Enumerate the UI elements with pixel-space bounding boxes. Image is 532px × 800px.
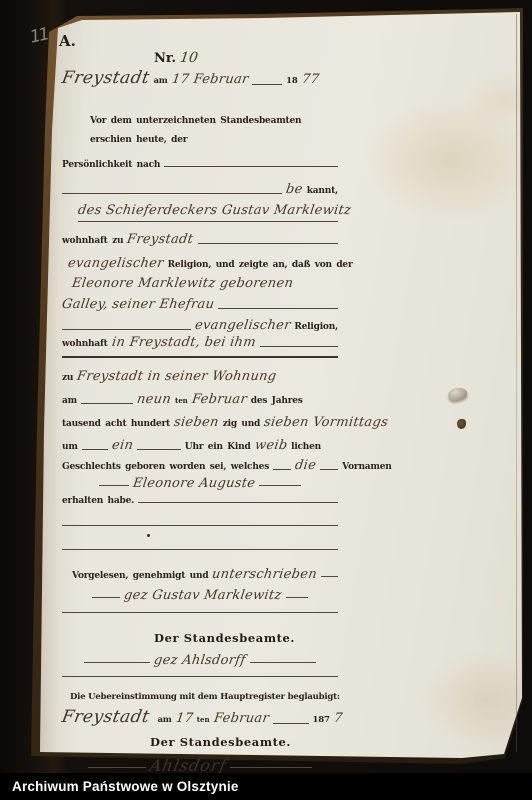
handwritten-text: evangelischer — [67, 256, 165, 271]
photographed-register-page: 11 A. Nr.10Freystadtam17 Februar1877Vor … — [0, 0, 532, 800]
handwritten-text: Galley, seiner Ehefrau — [61, 297, 215, 312]
dash-line — [92, 597, 120, 598]
rule-line — [252, 84, 282, 85]
form-line-0: Nr.10 — [154, 50, 338, 66]
printed-text: zu — [62, 373, 73, 383]
form-line-5: des Schieferdeckers Gustav Marklewitz — [78, 203, 338, 222]
printed-superscript: ten — [175, 396, 188, 405]
handwritten-text: Februar — [212, 711, 269, 726]
printed-text: Geschlechts geboren worden sei, welches — [62, 462, 269, 472]
rule-line — [138, 502, 338, 503]
form-line-15: tausend acht hundertsiebenzig undsieben … — [62, 415, 338, 430]
printed-text: Vor dem unterzeichneten Standesbeamten e… — [90, 116, 301, 145]
pencil-folio-number: 11 — [28, 24, 49, 47]
form-line-20 — [62, 525, 338, 529]
dash-line — [286, 597, 308, 598]
archive-caption: Archiwum Państwowe w Olsztynie — [0, 779, 239, 794]
handwritten-text: 17 — [175, 711, 194, 726]
printed-text: erhalten habe. — [62, 496, 134, 506]
page-fold-line — [516, 14, 517, 752]
rule-line — [62, 356, 338, 358]
form-line-16: umeinUhr ein Kindweiblichen — [62, 438, 338, 453]
form-line-4: bekannt, — [62, 182, 338, 197]
handwritten-text: gez Gustav Marklewitz — [123, 588, 283, 603]
printed-heading: Der Standesbeamte. — [154, 631, 295, 645]
form-line-28: Die Uebereinstimmung mit dem Hauptregist… — [70, 692, 338, 702]
archive-caption-bar: Archiwum Państwowe w Olsztynie — [0, 773, 532, 800]
printed-text: Religion, und zeigte an, daß von der — [168, 260, 353, 270]
handwritten-text: sieben Vormittags — [263, 415, 389, 430]
form-line-11: wohnhaftin Freystadt, bei ihm — [62, 335, 338, 350]
record-number-value: 10 — [179, 50, 199, 66]
handwritten-text: Februar — [191, 392, 248, 407]
printed-heading: Der Standesbeamte. — [150, 735, 291, 749]
handwritten-text: Freystadt — [126, 232, 194, 247]
dash-line — [84, 662, 150, 663]
form-line-9: Galley, seiner Ehefrau — [62, 297, 338, 312]
record-number-label: Nr. — [154, 51, 176, 66]
handwritten-text: Eleonore Marklewitz geborenen — [71, 276, 294, 291]
rule-line — [273, 723, 309, 724]
dash-line — [250, 662, 316, 663]
printed-text-small: 187 — [313, 715, 330, 725]
form-line-10: evangelischerReligion, — [62, 318, 338, 333]
printed-text: wohnhaft zu — [62, 236, 123, 246]
form-line-22: Vorgelesen, genehmigt undunterschrieben — [72, 567, 338, 582]
rule-line — [198, 243, 338, 244]
rule-line — [164, 166, 338, 167]
handwritten-text: 7 — [333, 711, 344, 726]
handwritten-text: be — [285, 182, 304, 197]
handwritten-text: des Schieferdeckers Gustav Marklewitz — [77, 203, 352, 218]
form-line-3: Persönlichkeit nach — [62, 160, 338, 170]
printed-text-small: Die Uebereinstimmung mit dem Hauptregist… — [70, 692, 340, 702]
printed-text: am — [62, 396, 77, 406]
form-line-12 — [62, 356, 338, 361]
handwritten-text: gez Ahlsdorff — [153, 653, 247, 668]
form-line-29: Freystadtam17tenFebruar1877 — [62, 707, 338, 727]
handwritten-place: Freystadt — [60, 68, 151, 88]
birth-record-form: Nr.10Freystadtam17 Februar1877Vor dem un… — [62, 44, 338, 775]
rule-line — [137, 449, 181, 450]
form-line-30: Der Standesbeamte. — [150, 735, 338, 749]
form-line-8: Eleonore Marklewitz geborenen — [72, 276, 338, 291]
printed-text: lichen — [291, 442, 321, 452]
rule-line — [260, 346, 338, 347]
printed-text: tausend acht hundert — [62, 419, 170, 429]
printed-text: Religion, — [294, 322, 338, 332]
handwritten-text: neun — [136, 392, 172, 407]
form-line-14: amneuntenFebruardes Jahres — [62, 392, 338, 407]
printed-text-small: 18 — [286, 76, 297, 86]
printed-text-small: am — [154, 76, 168, 86]
form-line-2: Vor dem unterzeichneten Standesbeamten e… — [90, 108, 338, 146]
form-line-18: Eleonore Auguste — [62, 476, 338, 491]
rule-line — [82, 449, 108, 450]
dash-line — [88, 767, 146, 768]
dash-line — [321, 576, 338, 577]
rule-line — [81, 403, 133, 404]
form-line-26: gez Ahlsdorff — [62, 653, 338, 668]
handwritten-text: ein — [111, 438, 134, 453]
handwritten-text: in Freystadt, bei ihm — [111, 335, 257, 350]
rule-line — [62, 329, 191, 330]
printed-text: Vornamen — [342, 462, 391, 472]
rule-line — [273, 469, 291, 470]
dash-line — [99, 485, 129, 486]
printed-text-small: am — [158, 715, 172, 725]
printed-text: um — [62, 442, 78, 452]
handwritten-text: 77 — [301, 72, 320, 87]
rule-line — [320, 469, 338, 470]
rule-line — [62, 549, 338, 550]
handwritten-text: Eleonore Auguste — [132, 476, 256, 491]
rule-line — [62, 612, 338, 613]
form-line-17: Geschlechts geboren worden sei, welchesd… — [62, 458, 338, 473]
form-line-1: Freystadtam17 Februar1877 — [62, 68, 338, 88]
rule-line — [62, 193, 282, 194]
printed-text: kannt, — [307, 186, 338, 196]
ink-dot-artifact — [147, 534, 150, 537]
printed-text: wohnhaft — [62, 339, 108, 349]
handwritten-place: Freystadt — [60, 707, 151, 727]
handwritten-text: weib — [254, 438, 289, 453]
handwritten-text: unterschrieben — [211, 567, 318, 582]
printed-text: Uhr ein Kind — [185, 442, 251, 452]
rule-line — [62, 525, 338, 526]
form-line-13: zuFreystadt in seiner Wohnung — [62, 369, 338, 384]
printed-superscript: ten — [197, 715, 210, 724]
handwritten-text: die — [294, 458, 317, 473]
handwritten-text: evangelischer — [194, 318, 292, 333]
form-line-25: Der Standesbeamte. — [154, 631, 338, 645]
printed-text: des Jahres — [251, 396, 303, 406]
form-line-27 — [62, 676, 338, 680]
form-line-6: wohnhaft zuFreystadt — [62, 232, 338, 247]
printed-text: zig und — [223, 419, 260, 429]
handwritten-text: Freystadt in seiner Wohnung — [76, 369, 278, 384]
printed-text: Vorgelesen, genehmigt und — [72, 571, 208, 581]
form-line-7: evangelischerReligion, und zeigte an, da… — [68, 256, 338, 271]
form-line-24 — [62, 612, 338, 616]
handwritten-text: 17 Februar — [171, 72, 250, 87]
rule-line — [218, 308, 338, 309]
handwritten-text: sieben — [173, 415, 220, 430]
form-line-21 — [62, 549, 338, 553]
form-line-19: erhalten habe. — [62, 496, 338, 506]
form-line-23: gez Gustav Marklewitz — [62, 588, 338, 603]
dash-line — [230, 767, 312, 768]
dash-line — [259, 485, 301, 486]
rule-line — [62, 676, 338, 677]
printed-text: Persönlichkeit nach — [62, 160, 160, 170]
